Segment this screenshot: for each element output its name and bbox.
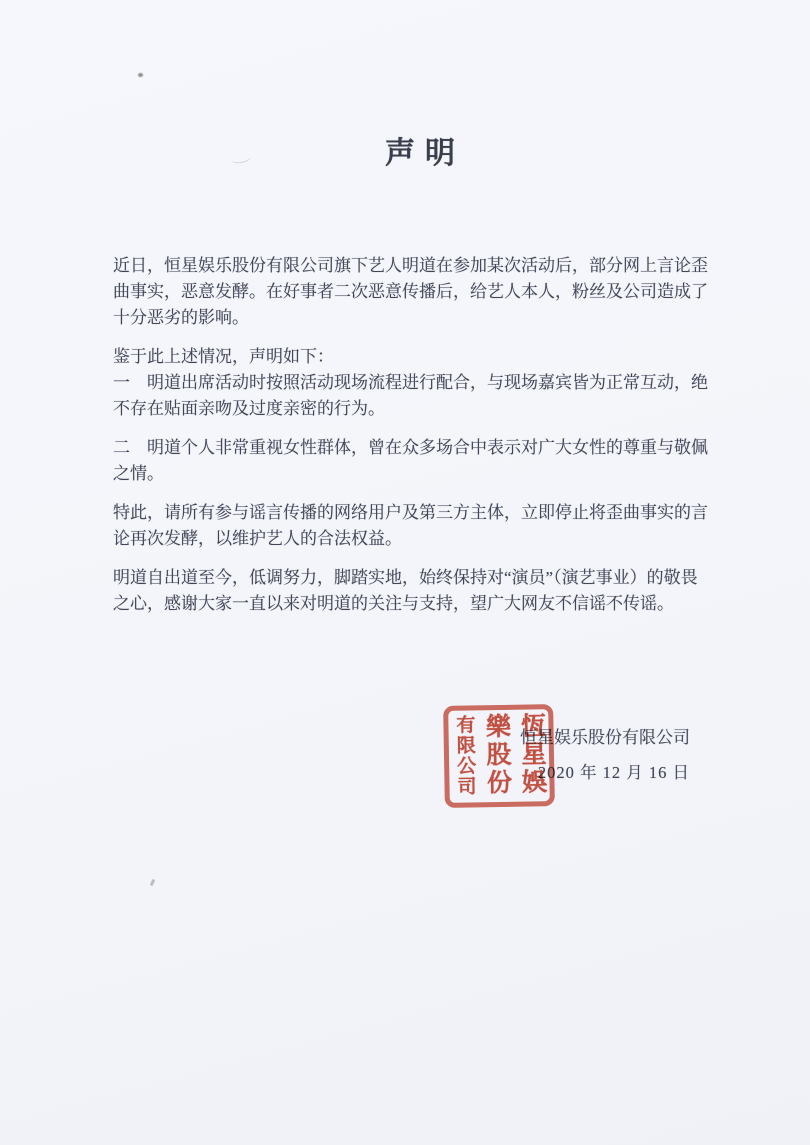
seal-column-middle: 樂股份 (482, 713, 510, 799)
paragraph-closing: 明道自出道至今，低调努力，脚踏实地，始终保持对“演员”（演艺事业）的敬畏之心，感… (113, 565, 709, 617)
paper-speck (138, 73, 143, 77)
statement-item-2: 二 明道个人非常重视女性群体，曾在众多场合中表示对广大女性的尊重与敬佩之情。 (113, 435, 709, 487)
seal-column-left: 有限公司 (453, 713, 474, 799)
document-body: 近日，恒星娱乐股份有限公司旗下艺人明道在参加某次活动后，部分网上言论歪曲事实，恶… (113, 253, 709, 630)
document-title: 声明 (128, 128, 722, 172)
statement-document: 声明 近日，恒星娱乐股份有限公司旗下艺人明道在参加某次活动后，部分网上言论歪曲事… (0, 0, 810, 1145)
paragraph-demand: 特此，请所有参与谣言传播的网络用户及第三方主体，立即停止将歪曲事实的言论再次发酵… (113, 500, 709, 552)
company-seal-stamp: 有限公司 樂股份 恆星娛 (443, 704, 555, 808)
paragraph-preamble: 鉴于此上述情况，声明如下： (113, 344, 709, 370)
seal-column-right: 恆星娛 (517, 712, 545, 798)
paper-speck (150, 879, 156, 887)
paragraph-intro: 近日，恒星娱乐股份有限公司旗下艺人明道在参加某次活动后，部分网上言论歪曲事实，恶… (113, 253, 709, 331)
statement-item-1: 一 明道出席活动时按照活动现场流程进行配合，与现场嘉宾皆为正常互动，绝不存在贴面… (113, 370, 709, 422)
